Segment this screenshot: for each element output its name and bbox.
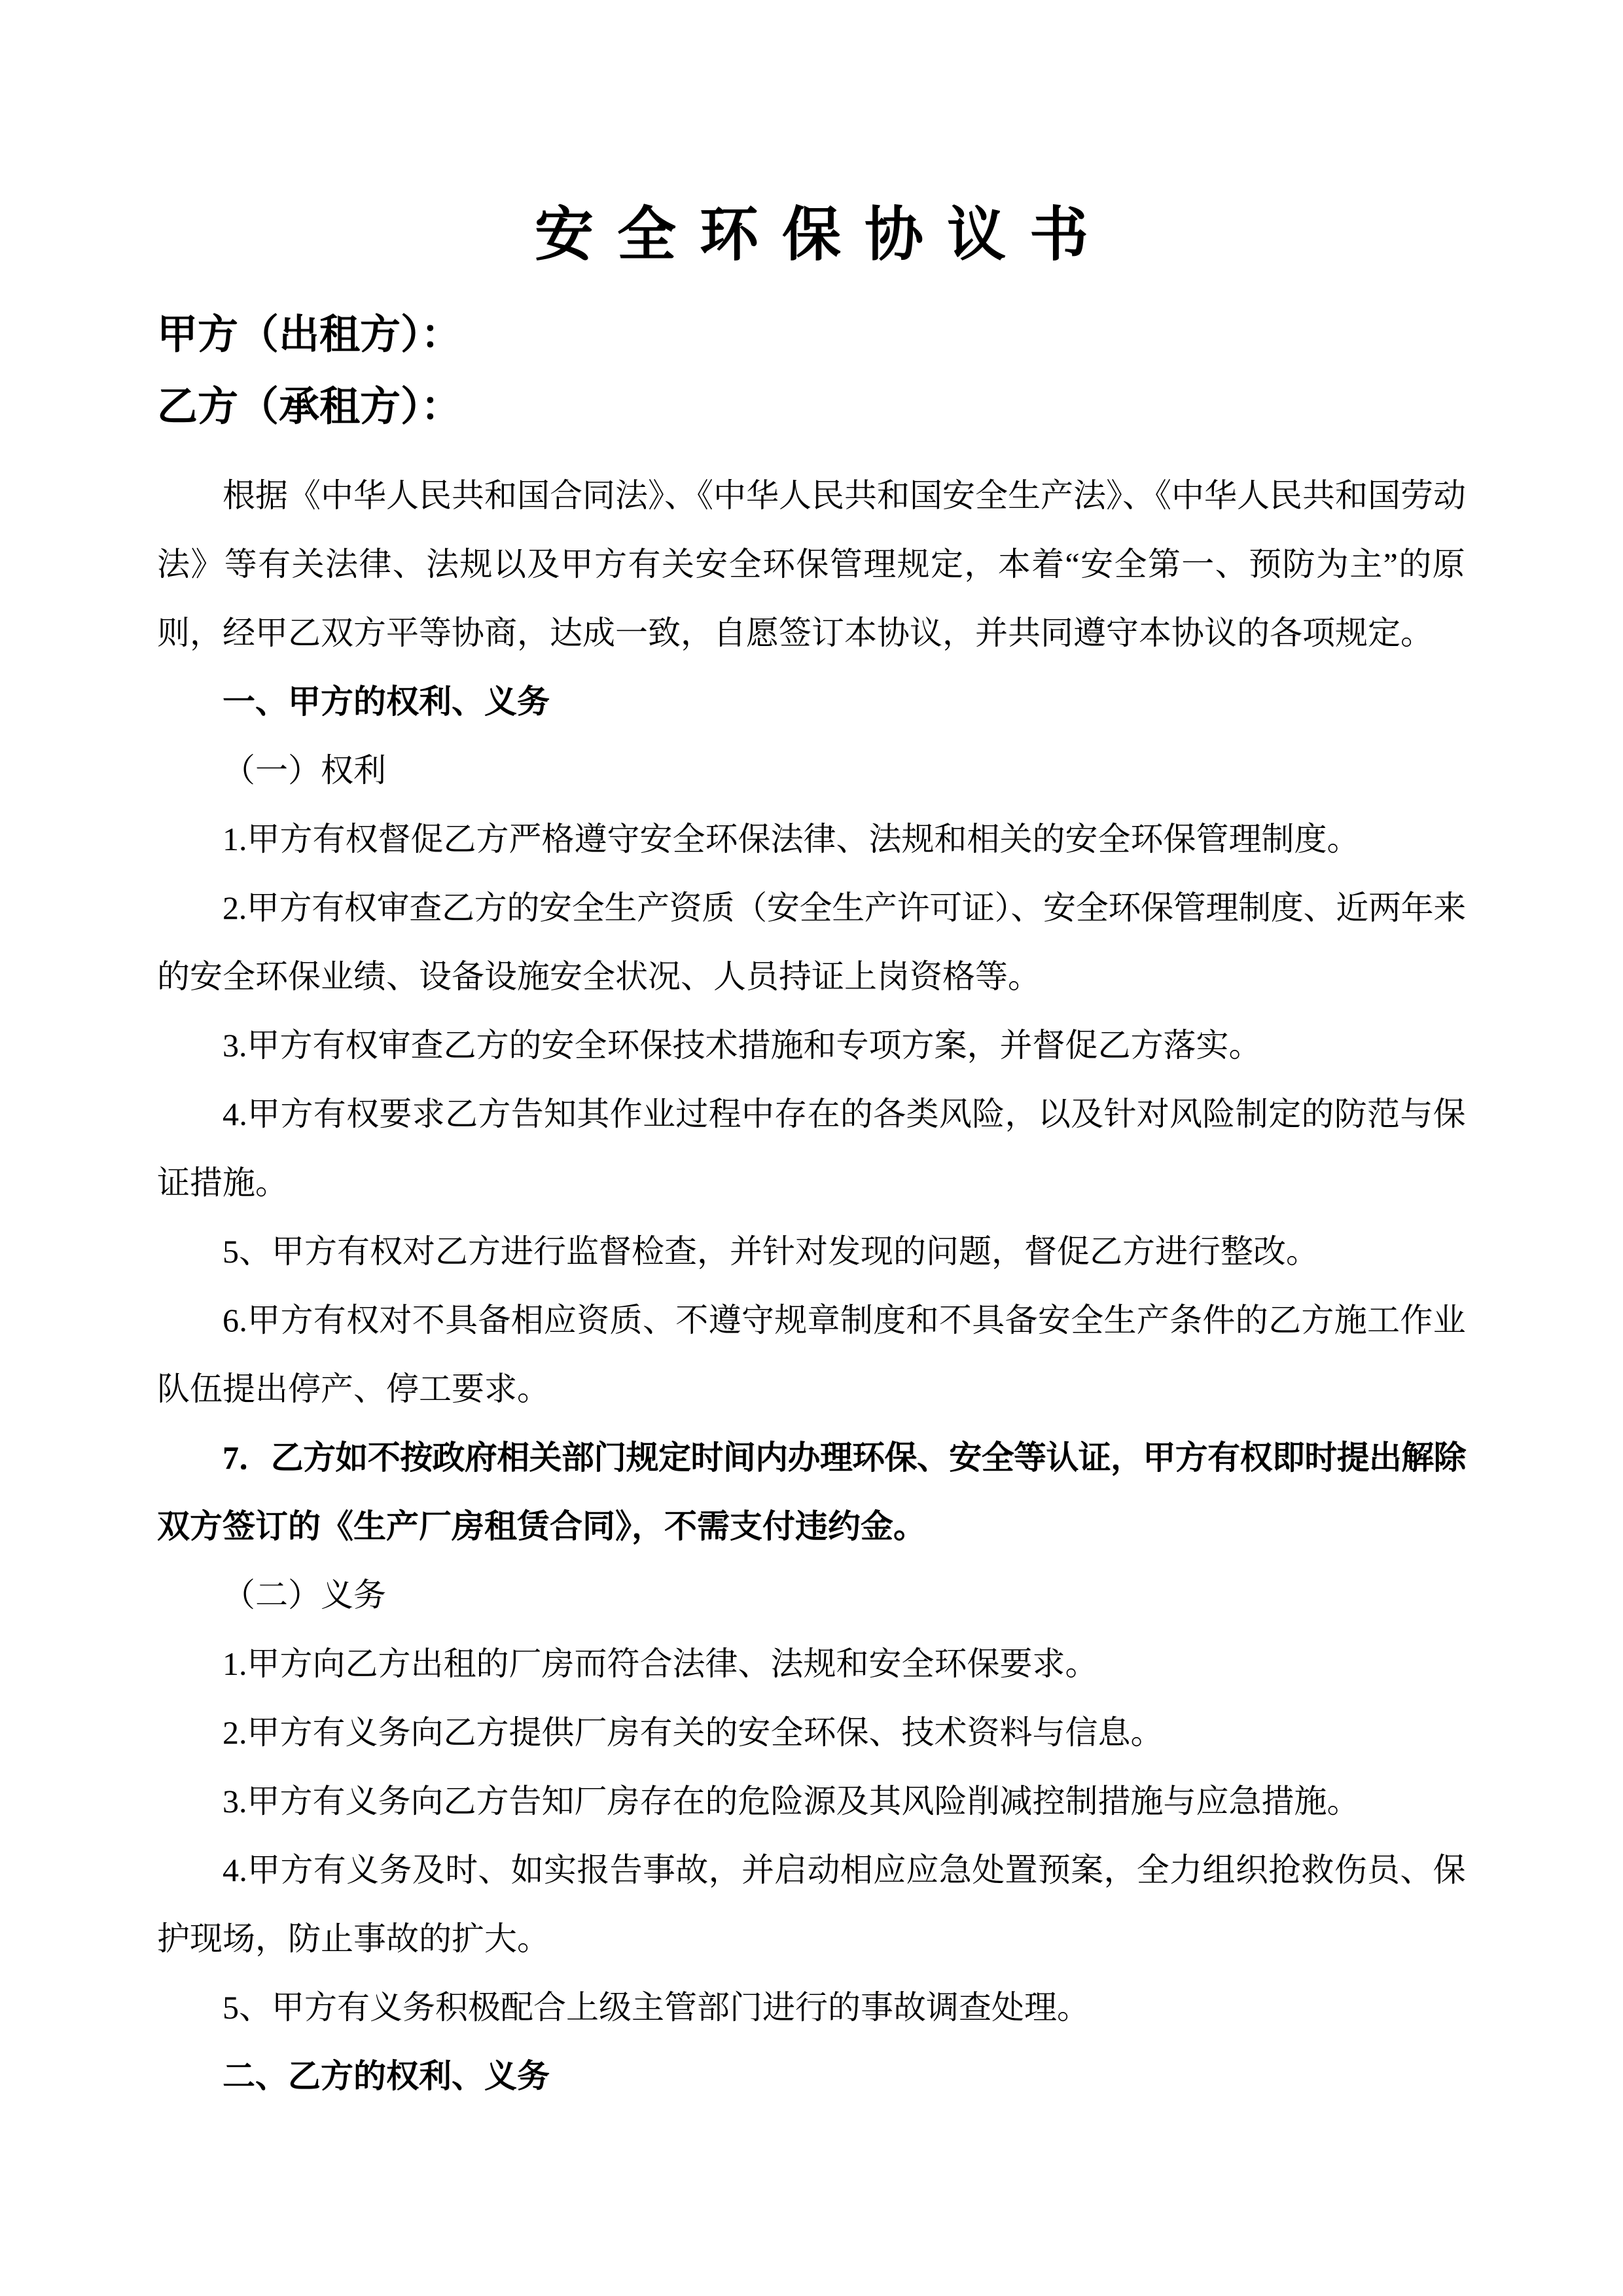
- body-line-text: 根据《中华人民共和国合同法》、《中华人民共和国安全生产法》、《中华人民共和国劳动: [223, 477, 1466, 514]
- body-line-text: 二、乙方的权利、义务: [223, 2058, 550, 2094]
- document-title-text: 安全环保协议书: [535, 203, 1112, 268]
- body-line-text: 7．乙方如不按政府相关部门规定时间内办理环保、安全等认证，甲方有权即时提出解除: [223, 1439, 1466, 1476]
- body-line: 1.甲方向乙方出租的厂房而符合法律、法规和安全环保要求。: [157, 1630, 1466, 1698]
- body-line-text: 证措施。: [157, 1164, 288, 1201]
- body-line-text: 护现场，防止事故的扩大。: [157, 1920, 550, 1957]
- body-line: 4.甲方有义务及时、如实报告事故，并启动相应应急处置预案，全力组织抢救伤员、保: [157, 1836, 1466, 1905]
- body-line-text: （二）义务: [223, 1577, 386, 1613]
- body-line-text: （一）权利: [223, 752, 386, 789]
- body-line: 2.甲方有义务向乙方提供厂房有关的安全环保、技术资料与信息。: [157, 1698, 1466, 1767]
- body-line-text: 一、甲方的权利、义务: [223, 683, 550, 720]
- body-line-text: 法》等有关法律、法规以及甲方有关安全环保管理规定，本着“安全第一、预防为主”的原: [157, 546, 1466, 583]
- body-line: 1.甲方有权督促乙方严格遵守安全环保法律、法规和相关的安全环保管理制度。: [157, 805, 1466, 874]
- body-line: 5、甲方有权对乙方进行监督检查，并针对发现的问题，督促乙方进行整改。: [157, 1217, 1466, 1286]
- body-line-text: 6.甲方有权对不具备相应资质、不遵守规章制度和不具备安全生产条件的乙方施工作业: [223, 1302, 1466, 1338]
- body-line: 双方签订的《生产厂房租赁合同》，不需支付违约金。: [157, 1492, 1466, 1561]
- body-line-text: 1.甲方向乙方出租的厂房而符合法律、法规和安全环保要求。: [223, 1645, 1098, 1682]
- body-line-text: 3.甲方有义务向乙方告知厂房存在的危险源及其风险削减控制措施与应急措施。: [223, 1783, 1360, 1820]
- body-line-text: 2.甲方有义务向乙方提供厂房有关的安全环保、技术资料与信息。: [223, 1714, 1164, 1751]
- body-line-text: 4.甲方有权要求乙方告知其作业过程中存在的各类风险，以及针对风险制定的防范与保: [223, 1096, 1466, 1132]
- body-line: 2.甲方有权审查乙方的安全生产资质（安全生产许可证）、安全环保管理制度、近两年来: [157, 874, 1466, 942]
- body-line: 7．乙方如不按政府相关部门规定时间内办理环保、安全等认证，甲方有权即时提出解除: [157, 1424, 1466, 1492]
- body-line-text: 则，经甲乙双方平等协商，达成一致，自愿签订本协议，并共同遵守本协议的各项规定。: [157, 615, 1433, 651]
- body-line: 根据《中华人民共和国合同法》、《中华人民共和国安全生产法》、《中华人民共和国劳动: [157, 461, 1466, 530]
- body-line-text: 4.甲方有义务及时、如实报告事故，并启动相应应急处置预案，全力组织抢救伤员、保: [223, 1852, 1466, 1888]
- body-line: 6.甲方有权对不具备相应资质、不遵守规章制度和不具备安全生产条件的乙方施工作业: [157, 1286, 1466, 1355]
- body-line: （一）权利: [157, 736, 1466, 805]
- body-line: 5、甲方有义务积极配合上级主管部门进行的事故调查处理。: [157, 1973, 1466, 2042]
- body-line-text: 的安全环保业绩、设备设施安全状况、人员持证上岗资格等。: [157, 958, 1041, 995]
- body-line: 法》等有关法律、法规以及甲方有关安全环保管理规定，本着“安全第一、预防为主”的原: [157, 530, 1466, 599]
- party-a-line: 甲方（出租方）：: [157, 299, 1466, 371]
- document-page: 安全环保协议书 甲方（出租方）： 乙方（承租方）： 根据《中华人民共和国合同法》…: [0, 0, 1623, 2296]
- body-line: 3.甲方有权审查乙方的安全环保技术措施和专项方案，并督促乙方落实。: [157, 1011, 1466, 1080]
- body-line: 则，经甲乙双方平等协商，达成一致，自愿签订本协议，并共同遵守本协议的各项规定。: [157, 599, 1466, 668]
- document-title: 安全环保协议书: [157, 193, 1466, 278]
- body-line-text: 2.甲方有权审查乙方的安全生产资质（安全生产许可证）、安全环保管理制度、近两年来: [223, 889, 1466, 926]
- body-line: 二、乙方的权利、义务: [157, 2042, 1466, 2111]
- body-line-text: 双方签订的《生产厂房租赁合同》，不需支付违约金。: [157, 1508, 926, 1545]
- party-b-line: 乙方（承租方）：: [157, 371, 1466, 443]
- body-line: （二）义务: [157, 1561, 1466, 1630]
- body-line-text: 5、甲方有权对乙方进行监督检查，并针对发现的问题，督促乙方进行整改。: [223, 1233, 1319, 1270]
- body-line: 的安全环保业绩、设备设施安全状况、人员持证上岗资格等。: [157, 942, 1466, 1011]
- body-line: 队伍提出停产、停工要求。: [157, 1355, 1466, 1424]
- body-line: 护现场，防止事故的扩大。: [157, 1905, 1466, 1973]
- body-line-text: 1.甲方有权督促乙方严格遵守安全环保法律、法规和相关的安全环保管理制度。: [223, 821, 1360, 857]
- document-body: 根据《中华人民共和国合同法》、《中华人民共和国安全生产法》、《中华人民共和国劳动…: [157, 461, 1466, 2111]
- body-line: 4.甲方有权要求乙方告知其作业过程中存在的各类风险，以及针对风险制定的防范与保: [157, 1080, 1466, 1149]
- body-line: 3.甲方有义务向乙方告知厂房存在的危险源及其风险削减控制措施与应急措施。: [157, 1767, 1466, 1836]
- body-line-text: 队伍提出停产、停工要求。: [157, 1371, 550, 1407]
- body-line-text: 5、甲方有义务积极配合上级主管部门进行的事故调查处理。: [223, 1989, 1090, 2026]
- body-line-text: 3.甲方有权审查乙方的安全环保技术措施和专项方案，并督促乙方落实。: [223, 1027, 1262, 1064]
- body-line: 证措施。: [157, 1149, 1466, 1217]
- body-line: 一、甲方的权利、义务: [157, 668, 1466, 736]
